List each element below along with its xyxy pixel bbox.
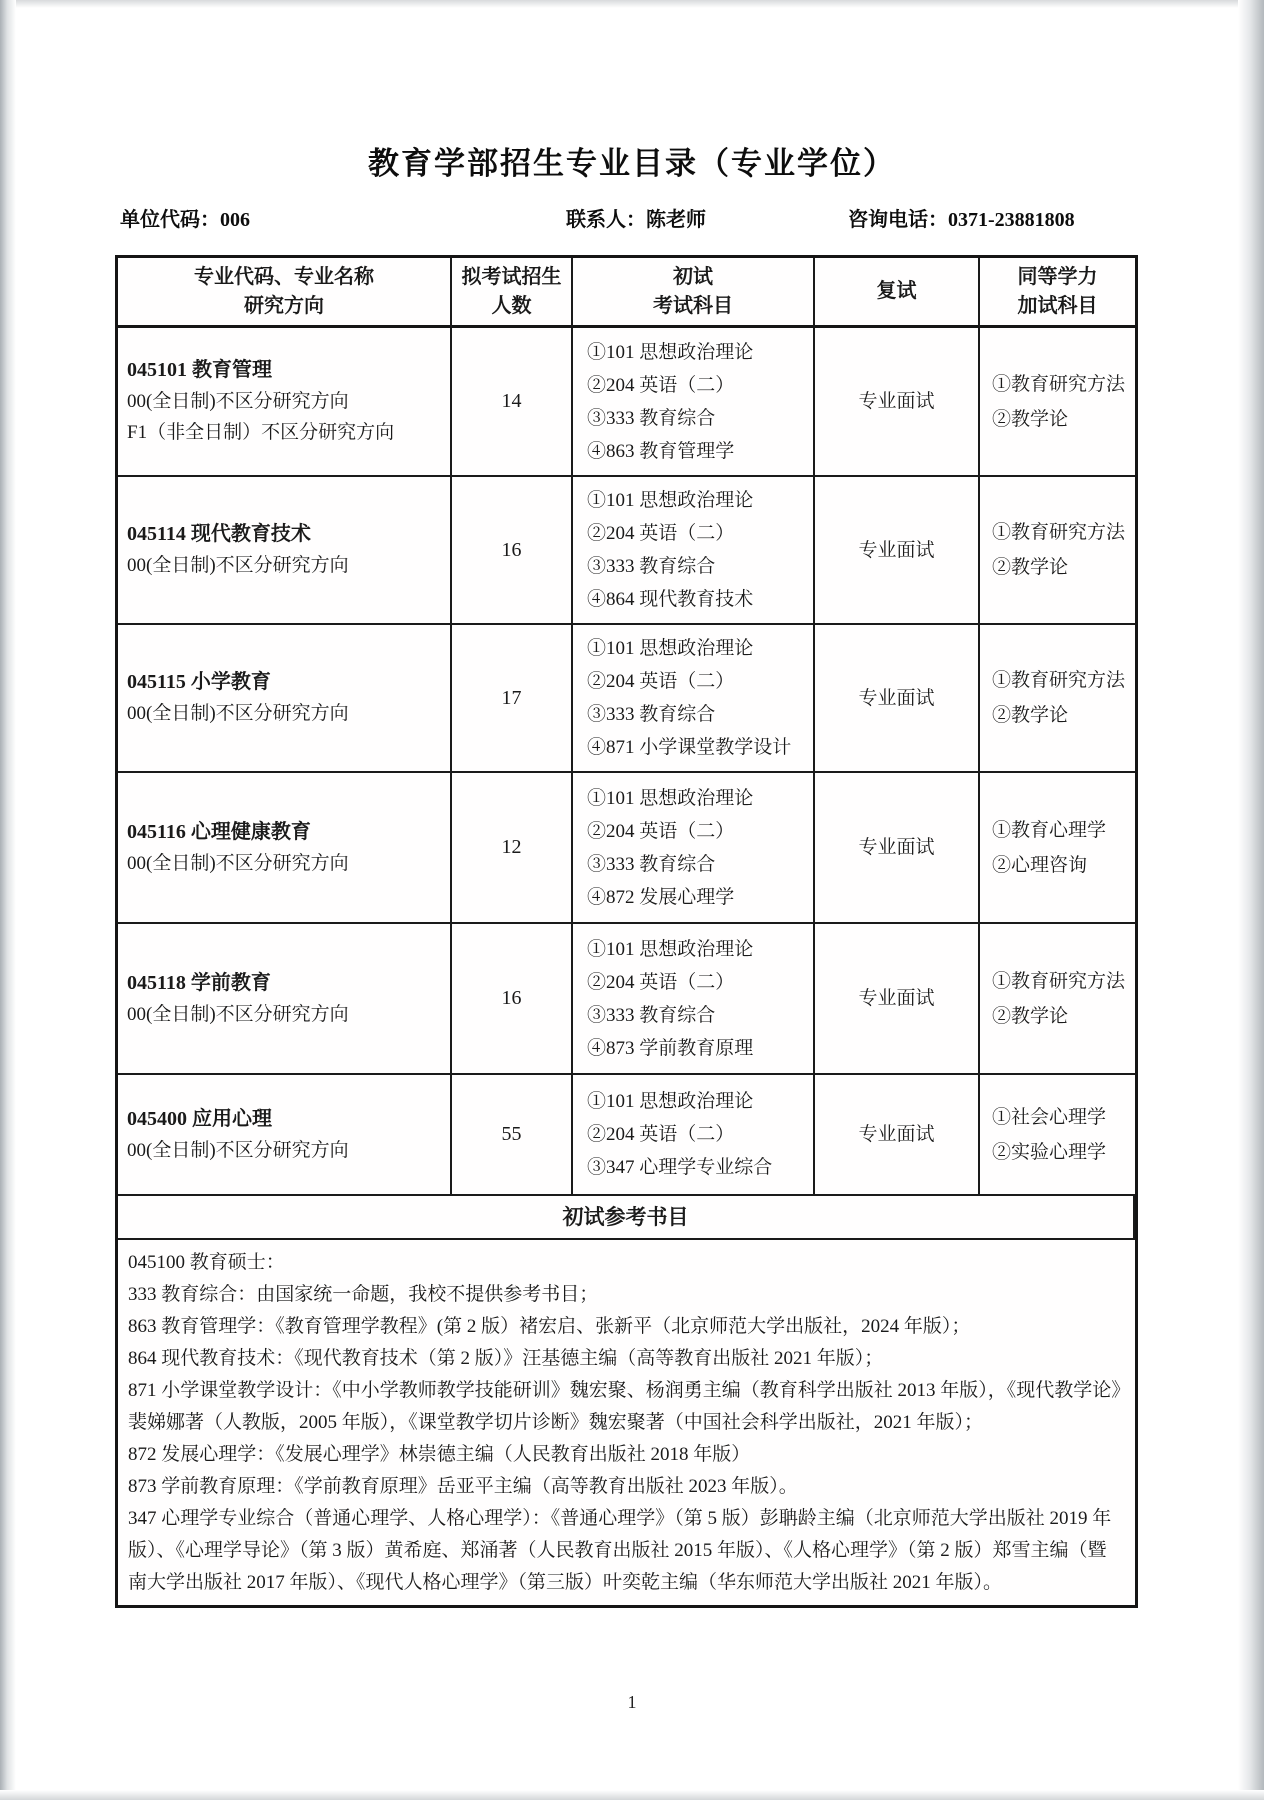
exam-subject: ①101 思想政治理论 [587,484,753,517]
exam-subject: ④871 小学课堂教学设计 [587,731,791,764]
direction: 00(全日制)不区分研究方向 [127,848,349,879]
major-name-045114: 045114 现代教育技术 00(全日制)不区分研究方向 [118,477,452,625]
scan-edge-right [1238,0,1264,1800]
retest-045101: 专业面试 [815,328,980,477]
additional-045115: ①教育研究方法 ②教学论 [980,625,1135,773]
quota-045116: 12 [452,773,573,924]
scan-edge-top [0,0,1264,8]
subjects-045400: ①101 思想政治理论 ②204 英语（二） ③347 心理学专业综合 [573,1075,815,1196]
scan-edge-bottom [0,1790,1264,1800]
reference-line: 045100 教育硕士： [128,1247,1121,1279]
exam-subject: ①101 思想政治理论 [587,1085,753,1118]
exam-subject: ④864 现代教育技术 [587,583,753,616]
additional-subject: ①社会心理学 [992,1100,1106,1135]
reference-line: 863 教育管理学：《教育管理学教程》(第 2 版）褚宏启、张新平（北京师范大学… [128,1311,1121,1343]
major-name-045101: 045101 教育管理 00(全日制)不区分研究方向 F1（非全日制）不区分研究… [118,328,452,477]
additional-subject: ①教育研究方法 [992,367,1125,402]
additional-045400: ①社会心理学 ②实验心理学 [980,1075,1135,1196]
additional-045101: ①教育研究方法 ②教学论 [980,328,1135,477]
subjects-045115: ①101 思想政治理论 ②204 英语（二） ③333 教育综合 ④871 小学… [573,625,815,773]
header-quota: 拟考试招生 人数 [452,258,573,328]
retest-045118: 专业面试 [815,924,980,1075]
additional-subject: ①教育研究方法 [992,964,1125,999]
retest-045116: 专业面试 [815,773,980,924]
contact-person: 联系人：陈老师 [566,203,706,232]
exam-subject: ③333 教育综合 [587,848,715,881]
reference-line: 333 教育综合：由国家统一命题，我校不提供参考书目； [128,1279,1121,1311]
exam-subject: ②204 英语（二） [587,369,734,402]
retest-045400: 专业面试 [815,1075,980,1196]
exam-subject: ②204 英语（二） [587,815,734,848]
additional-subject: ②心理咨询 [992,848,1087,883]
exam-subject: ③333 教育综合 [587,698,715,731]
additional-subject: ①教育研究方法 [992,663,1125,698]
exam-subject: ④872 发展心理学 [587,881,734,914]
quota-045115: 17 [452,625,573,773]
reference-books-list: 045100 教育硕士： 333 教育综合：由国家统一命题，我校不提供参考书目；… [118,1240,1135,1605]
major-name-045118: 045118 学前教育 00(全日制)不区分研究方向 [118,924,452,1075]
subjects-045114: ①101 思想政治理论 ②204 英语（二） ③333 教育综合 ④864 现代… [573,477,815,625]
major-name-045116: 045116 心理健康教育 00(全日制)不区分研究方向 [118,773,452,924]
exam-subject: ④863 教育管理学 [587,435,734,468]
exam-subject: ③347 心理学专业综合 [587,1151,772,1184]
exam-subject: ①101 思想政治理论 [587,933,753,966]
quota-045400: 55 [452,1075,573,1196]
reference-line: 873 学前教育原理：《学前教育原理》岳亚平主编（高等教育出版社 2023 年版… [128,1471,1121,1503]
additional-subject: ①教育心理学 [992,813,1106,848]
additional-045118: ①教育研究方法 ②教学论 [980,924,1135,1075]
header-retest: 复试 [815,258,980,328]
exam-subject: ③333 教育综合 [587,550,715,583]
additional-045116: ①教育心理学 ②心理咨询 [980,773,1135,924]
exam-subject: ③333 教育综合 [587,999,715,1032]
consult-phone: 咨询电话：0371-23881808 [848,203,1075,232]
reference-books-header: 初试参考书目 [118,1196,1135,1240]
reference-line: 347 心理学专业综合（普通心理学、人格心理学）：《普通心理学》（第 5 版）彭… [128,1503,1121,1599]
exam-subject: ②204 英语（二） [587,665,734,698]
exam-subject: ②204 英语（二） [587,966,734,999]
additional-subject: ①教育研究方法 [992,515,1125,550]
direction: 00(全日制)不区分研究方向 [127,386,349,417]
major-name-045400: 045400 应用心理 00(全日制)不区分研究方向 [118,1075,452,1196]
additional-subject: ②教学论 [992,999,1068,1034]
additional-subject: ②教学论 [992,402,1068,437]
additional-045114: ①教育研究方法 ②教学论 [980,477,1135,625]
subjects-045118: ①101 思想政治理论 ②204 英语（二） ③333 教育综合 ④873 学前… [573,924,815,1075]
retest-045115: 专业面试 [815,625,980,773]
additional-subject: ②实验心理学 [992,1135,1106,1170]
exam-subject: ④873 学前教育原理 [587,1032,753,1065]
page-number: 1 [0,1692,1264,1713]
exam-subject: ①101 思想政治理论 [587,632,753,665]
direction: 00(全日制)不区分研究方向 [127,999,349,1030]
reference-line: 864 现代教育技术：《现代教育技术（第 2 版）》汪基德主编（高等教育出版社 … [128,1343,1121,1375]
unit-code: 单位代码：006 [120,203,250,232]
direction: 00(全日制)不区分研究方向 [127,698,349,729]
major-name-045115: 045115 小学教育 00(全日制)不区分研究方向 [118,625,452,773]
subjects-045116: ①101 思想政治理论 ②204 英语（二） ③333 教育综合 ④872 发展… [573,773,815,924]
direction: F1（非全日制）不区分研究方向 [127,417,394,448]
direction: 00(全日制)不区分研究方向 [127,550,349,581]
header-initial-exam: 初试 考试科目 [573,258,815,328]
document-info-row: 单位代码：006 联系人：陈老师 咨询电话：0371-23881808 [0,203,1264,233]
quota-045114: 16 [452,477,573,625]
reference-line: 871 小学课堂教学设计：《中小学教师教学技能研训》魏宏聚、杨润勇主编（教育科学… [128,1375,1121,1439]
exam-subject: ②204 英语（二） [587,517,734,550]
admission-table: 专业代码、专业名称 研究方向 拟考试招生 人数 初试 考试科目 复试 同等学力 … [115,255,1138,1608]
reference-line: 872 发展心理学：《发展心理学》林崇德主编（人民教育出版社 2018 年版） [128,1439,1121,1471]
page-title: 教育学部招生专业目录（专业学位） [0,138,1264,183]
exam-subject: ①101 思想政治理论 [587,782,753,815]
exam-subject: ③333 教育综合 [587,402,715,435]
additional-subject: ②教学论 [992,550,1068,585]
scan-edge-left [0,0,16,1800]
quota-045101: 14 [452,328,573,477]
retest-045114: 专业面试 [815,477,980,625]
direction: 00(全日制)不区分研究方向 [127,1135,349,1166]
additional-subject: ②教学论 [992,698,1068,733]
header-additional-exam: 同等学力 加试科目 [980,258,1135,328]
exam-subject: ①101 思想政治理论 [587,336,753,369]
exam-subject: ②204 英语（二） [587,1118,734,1151]
header-major-name: 专业代码、专业名称 研究方向 [118,258,452,328]
subjects-045101: ①101 思想政治理论 ②204 英语（二） ③333 教育综合 ④863 教育… [573,328,815,477]
quota-045118: 16 [452,924,573,1075]
